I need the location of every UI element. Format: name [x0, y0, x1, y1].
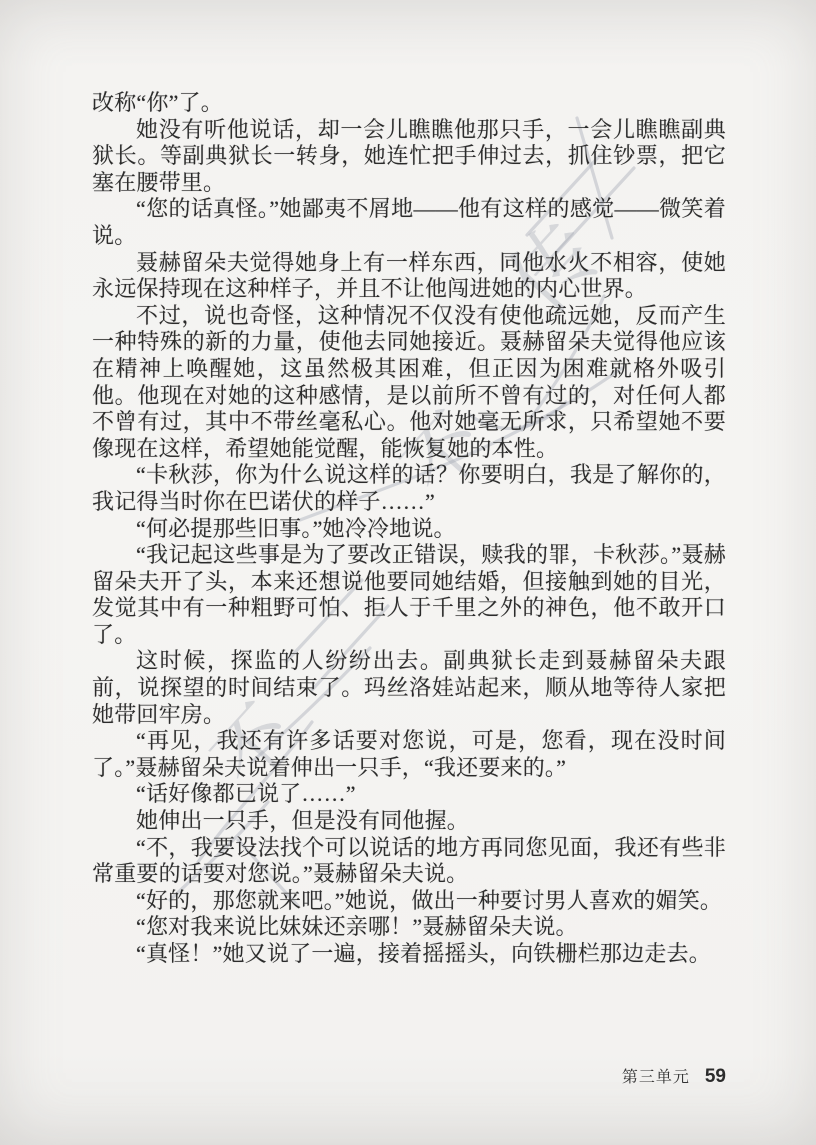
paragraph: “好的，那您就来吧。”她说，做出一种要讨男人喜欢的媚笑。 [92, 888, 726, 915]
paragraph: “我记起这些事是为了要改正错误，赎我的罪，卡秋莎。”聂赫留朵夫开了头，本来还想说… [92, 542, 726, 648]
paragraph: “不，我要设法找个可以说话的地方再同您见面，我还有些非常重要的话要对您说。”聂赫… [92, 835, 726, 888]
paragraph: 她伸出一只手，但是没有同他握。 [92, 808, 726, 835]
body-text: 改称“你”了。她没有听他说话，却一会儿瞧瞧他那只手，一会儿瞧瞧副典狱长。等副典狱… [92, 90, 726, 968]
paragraph: “您对我来说比妹妹还亲哪！”聂赫留朵夫说。 [92, 914, 726, 941]
paragraph: 改称“你”了。 [92, 90, 726, 117]
paragraph: “话好像都已说了……” [92, 781, 726, 808]
paragraph: “再见，我还有许多话要对您说，可是，您看，现在没时间了。”聂赫留朵夫说着伸出一只… [92, 728, 726, 781]
page-number: 59 [705, 1066, 726, 1088]
scanned-book-page: 传 不 不 改称“你”了。她没有听他说话，却一会儿瞧瞧他那只手，一会儿瞧瞧副典狱… [0, 0, 816, 1145]
paragraph: “真怪！”她又说了一遍，接着摇摇头，向铁栅栏那边走去。 [92, 941, 726, 968]
paragraph: 不过，说也奇怪，这种情况不仅没有使他疏远她，反而产生一种特殊的新的力量，使他去同… [92, 303, 726, 463]
paragraph: 聂赫留朵夫觉得她身上有一样东西，同他水火不相容，使她永远保持现在这种样子，并且不… [92, 250, 726, 303]
paragraph: 她没有听他说话，却一会儿瞧瞧他那只手，一会儿瞧瞧副典狱长。等副典狱长一转身，她连… [92, 117, 726, 197]
unit-label: 第三单元 [622, 1064, 690, 1087]
paragraph: “卡秋莎，你为什么说这样的话？你要明白，我是了解你的，我记得当时你在巴诺伏的样子… [92, 462, 726, 515]
paragraph: “何必提那些旧事。”她冷冷地说。 [92, 516, 726, 543]
paragraph: 这时候，探监的人纷纷出去。副典狱长走到聂赫留朵夫跟前，说探望的时间结束了。玛丝洛… [92, 648, 726, 728]
paragraph: “您的话真怪。”她鄙夷不屑地——他有这样的感觉——微笑着说。 [92, 196, 726, 249]
page-footer: 第三单元 59 [622, 1064, 726, 1088]
